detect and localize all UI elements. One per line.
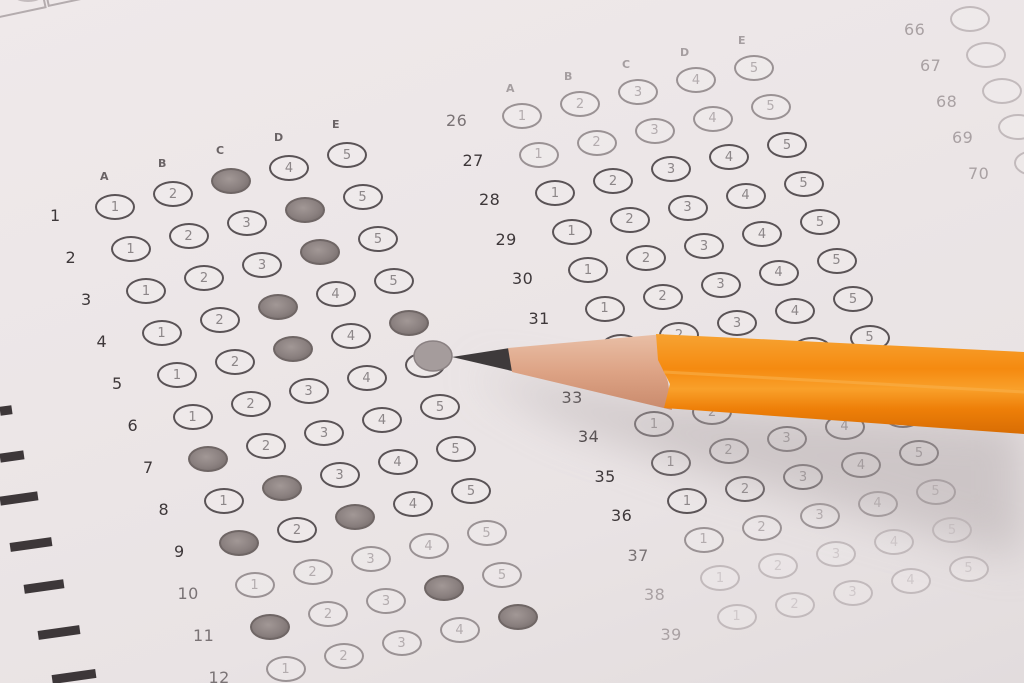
answer-bubble [982, 78, 1022, 104]
answer-sheet-photo: AABBCCDDEE 11234521234531234541234551234… [0, 0, 1024, 683]
answer-block-right: 6667686970 [0, 0, 1024, 683]
question-number: 69 [952, 128, 973, 147]
answer-bubble [998, 114, 1024, 140]
answer-bubble [950, 6, 990, 32]
question-number: 66 [904, 20, 925, 39]
answer-bubble [1014, 150, 1024, 176]
question-number: 67 [920, 56, 941, 75]
question-number: 68 [936, 92, 957, 111]
answer-bubble [966, 42, 1006, 68]
question-number: 70 [968, 164, 989, 183]
